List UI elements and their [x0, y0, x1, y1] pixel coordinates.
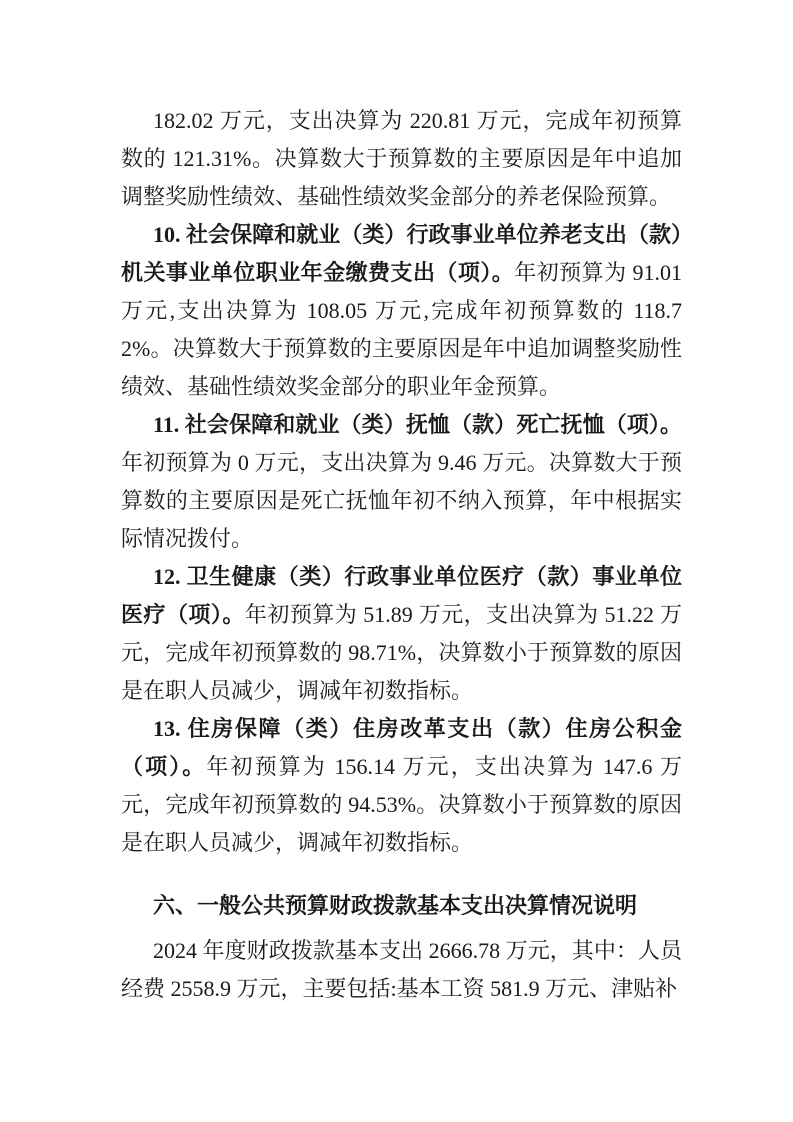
- item-11-heading: 11. 社会保障和就业（类）抚恤（款）死亡抚恤（项）。: [153, 412, 682, 437]
- item-paragraph-11: 11. 社会保障和就业（类）抚恤（款）死亡抚恤（项）。年初预算为 0 万元，支出…: [121, 406, 682, 558]
- document-page: 182.02 万元，支出决算为 220.81 万元，完成年初预算数的 121.3…: [0, 0, 793, 1122]
- item-paragraph-12: 12. 卫生健康（类）行政事业单位医疗（款）事业单位医疗（项）。年初预算为 51…: [121, 558, 682, 710]
- item-11-body: 年初预算为 0 万元，支出决算为 9.46 万元。决算数大于预算数的主要原因是死…: [121, 450, 682, 551]
- section-heading: 六、一般公共预算财政拨款基本支出决算情况说明: [121, 887, 682, 925]
- page-content: 182.02 万元，支出决算为 220.81 万元，完成年初预算数的 121.3…: [121, 102, 682, 1008]
- item-13-body: 年初预算为 156.14 万元，支出决算为 147.6 万元，完成年初预算数的 …: [121, 754, 682, 855]
- paragraph-closing: 2024 年度财政拨款基本支出 2666.78 万元，其中：人员经费 2558.…: [121, 932, 682, 1008]
- item-paragraph-13: 13. 住房保障（类）住房改革支出（款）住房公积金（项）。年初预算为 156.1…: [121, 710, 682, 862]
- paragraph-continuation: 182.02 万元，支出决算为 220.81 万元，完成年初预算数的 121.3…: [121, 102, 682, 216]
- item-paragraph-10: 10. 社会保障和就业（类）行政事业单位养老支出（款）机关事业单位职业年金缴费支…: [121, 216, 682, 406]
